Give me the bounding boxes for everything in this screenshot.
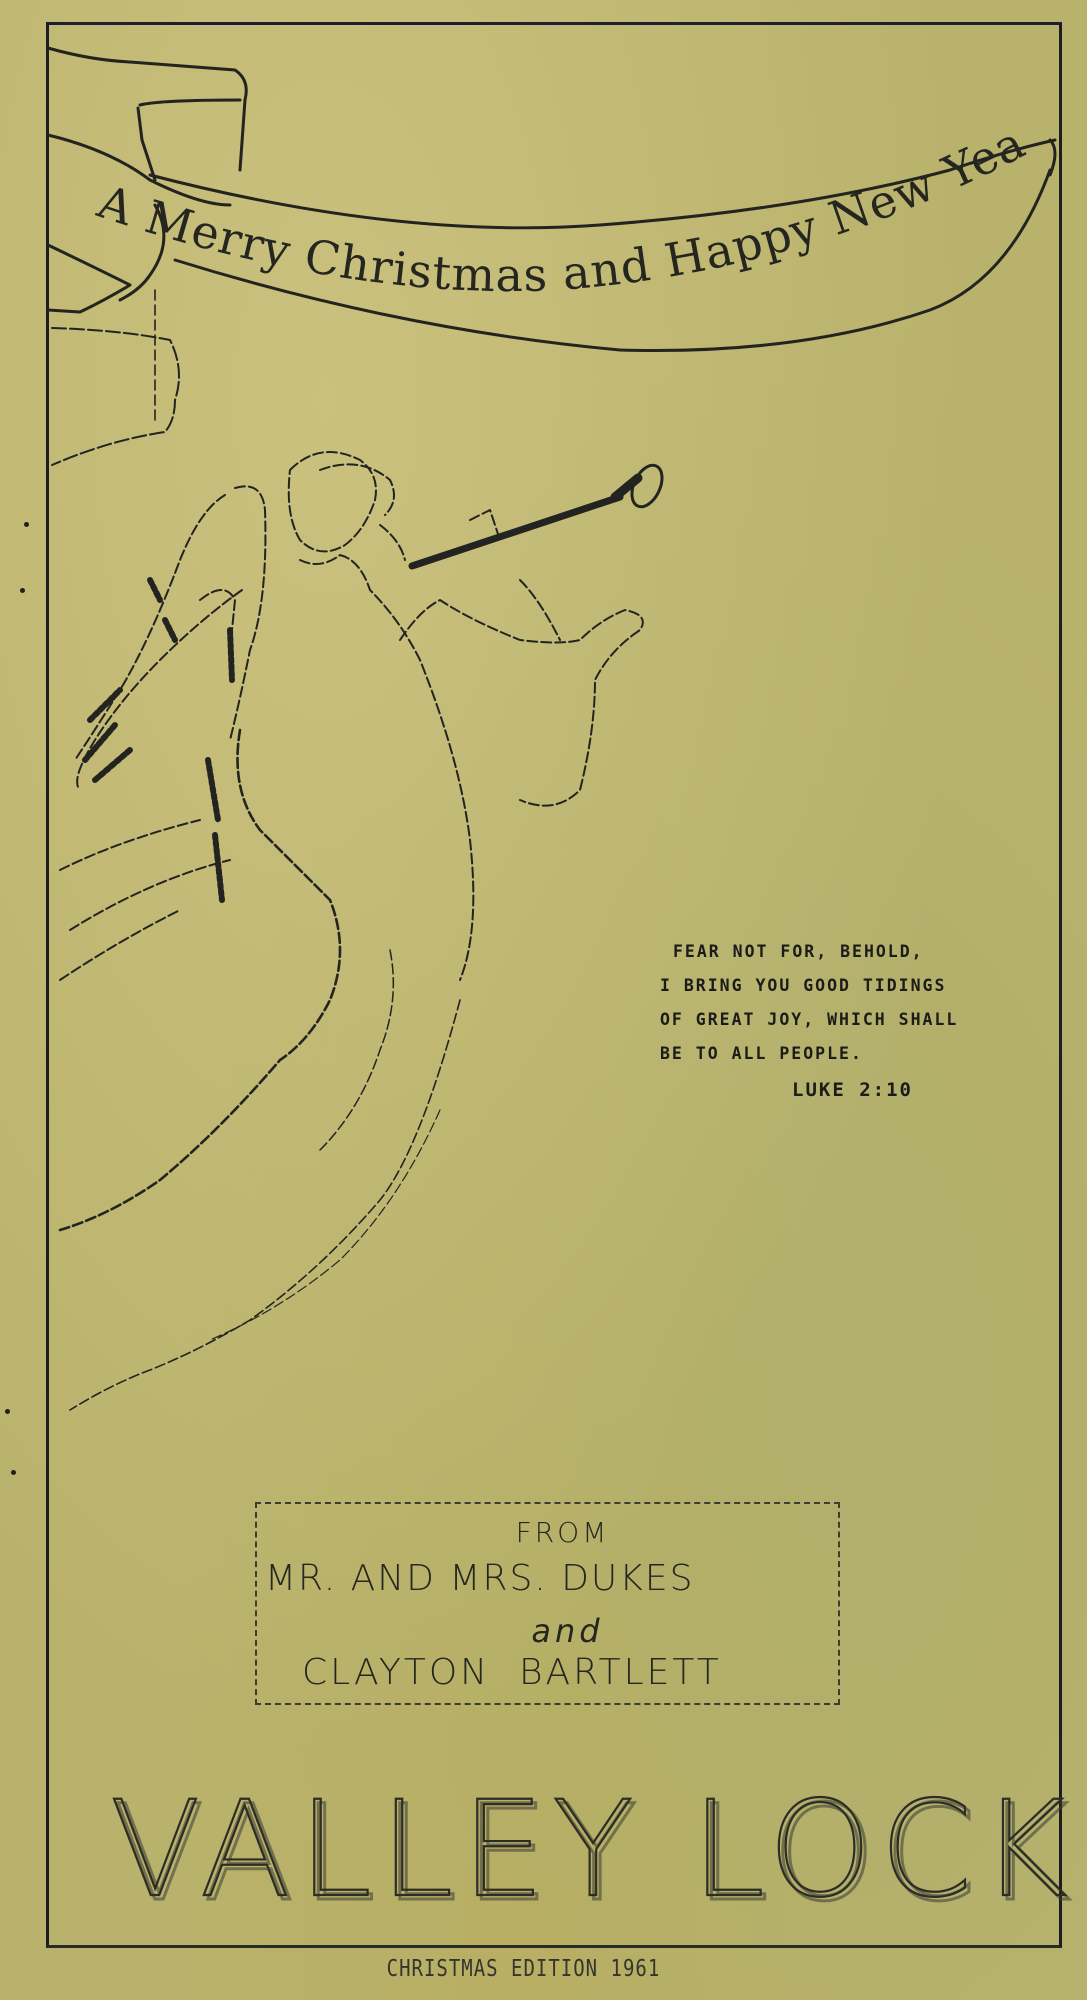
margin-speck [5,1409,10,1414]
verse-reference: Luke 2:10 [660,1073,1040,1107]
margin-speck [11,1470,16,1475]
sender-line-2: CLAYTON BARTLETT [302,1652,722,1693]
verse-line: I bring you good tidings [660,969,1040,1003]
scripture-verse: Fear not for, behold, I bring you good t… [660,935,1040,1107]
from-label: FROM [257,1516,838,1549]
margin-speck [20,588,25,593]
sender-line-1: MR. AND MRS. DUKES [265,1558,695,1599]
greeting-banner: A Merry Christmas and Happy New Year [95,175,1075,325]
masthead-text: VALLEY LOCKER [110,1773,1087,1927]
verse-line: Fear not for, behold, [660,935,1040,969]
verse-line: of great joy, which shall [660,1003,1040,1037]
sender-box: FROM MR. AND MRS. DUKES and CLAYTON BART… [255,1502,840,1705]
margin-speck [24,522,29,527]
edition-label: CHRISTMAS EDITION 1961 [0,1956,1087,1982]
masthead-title: VALLEY LOCKER VALLEY LOCKER [110,1775,1070,1905]
sender-conjunction: and [257,1612,838,1650]
verse-line: be to all people. [660,1037,1040,1071]
